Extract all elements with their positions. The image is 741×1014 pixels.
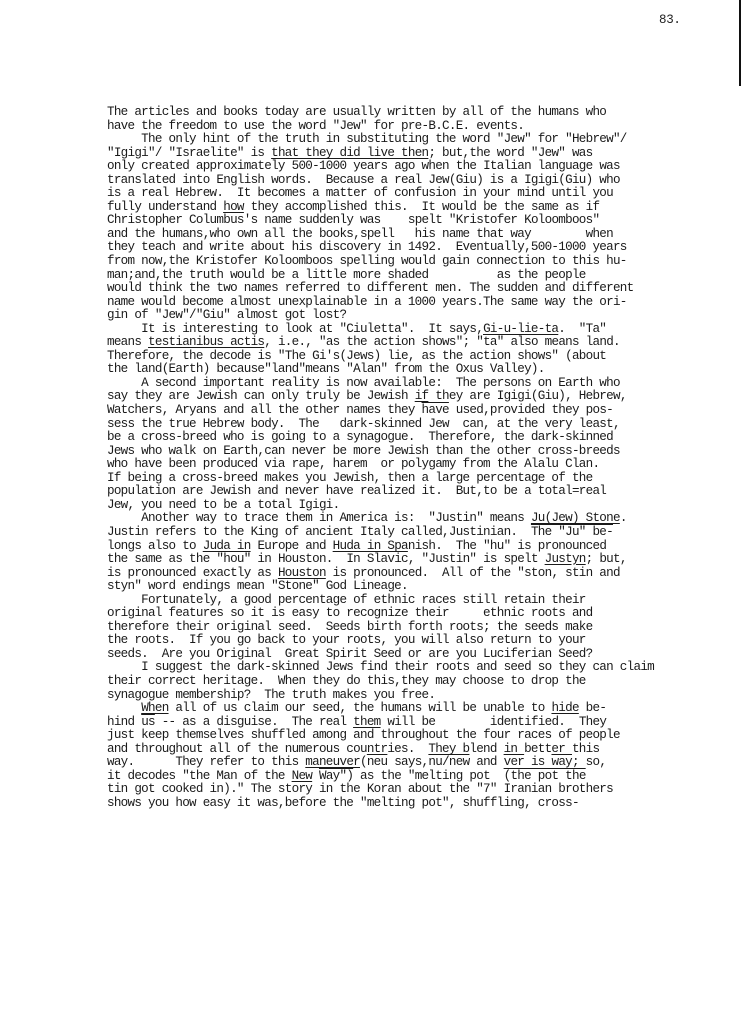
text-segment: just keep themselves shuffled among xyxy=(107,728,353,742)
text-segment: " xyxy=(497,335,511,349)
text-segment: Therefore, the decode is "The Gi's(Jews)… xyxy=(107,349,606,363)
overlined-text: bus xyxy=(223,213,244,227)
text-segment: The only hint of the truth in substituti… xyxy=(107,132,627,146)
overlined-text: Stone xyxy=(278,579,312,593)
text-segment: sess the true Hebrew body. The dark-skin… xyxy=(107,417,620,431)
text-segment: in Europe and xyxy=(230,539,333,553)
text-line: it decodes "the Man of the New Way") as … xyxy=(107,770,687,784)
underlined-text: that they did live then xyxy=(271,146,428,160)
text-segment: If being a cross-breed makes you Jewish,… xyxy=(107,471,592,485)
text-segment: used,provided they pos- xyxy=(449,403,613,417)
text-segment: ago when the Italian language was xyxy=(387,159,619,173)
text-segment: be a cross-breed who is going to a synag… xyxy=(107,430,613,444)
text-line: man;and,the truth would be a little more… xyxy=(107,269,687,283)
text-segment: ; so, xyxy=(572,755,606,769)
text-line: just keep themselves shuffled among and … xyxy=(107,729,687,743)
underlined-text: Gi-u-lie-ta xyxy=(483,322,558,336)
text-line: Therefore, the decode is "The Gi's(Jews)… xyxy=(107,350,687,364)
text-segment: Jew, you need to be a total Igigi. xyxy=(107,498,339,512)
text-line: say they are Jewish can only truly be Je… xyxy=(107,390,687,404)
text-segment: therefore their original seed. Seeds bir… xyxy=(107,620,592,634)
overlined-text: ta xyxy=(483,335,497,349)
text-segment: I suggest the dark-skinned Jews find the… xyxy=(107,660,654,674)
text-segment: say they are Jewish can only truly be Je… xyxy=(107,389,415,403)
text-segment: man;and,the truth would be a little more… xyxy=(107,268,586,282)
overlined-text: The "Ju" be- xyxy=(531,525,613,539)
text-line: the roots. If you go back to your roots,… xyxy=(107,634,687,648)
text-segment: "Igigi"/ "Israelite" is xyxy=(107,146,271,160)
text-segment: means land. xyxy=(538,335,620,349)
text-segment: name would become almost unexplainable i… xyxy=(107,295,627,309)
text-line: the land(Earth) because"land"means "Alan… xyxy=(107,363,687,377)
text-line: way. They refer to this maneuver(neu say… xyxy=(107,756,687,770)
text-segment xyxy=(107,701,141,715)
text-segment: translated into English words. Because a… xyxy=(107,173,620,187)
overlined-text: nu/new xyxy=(428,755,469,769)
text-segment: who have been produced via rape, harem o… xyxy=(107,457,599,471)
text-segment xyxy=(312,769,319,783)
text-line: would think the two names referred to di… xyxy=(107,282,687,296)
text-line: therefore their original seed. Seeds bir… xyxy=(107,621,687,635)
text-segment: have the freedom to use the word "Jew" f… xyxy=(107,119,524,133)
text-segment: the roots. If you go back to your roots,… xyxy=(107,633,586,647)
text-line: their correct heritage. When they do thi… xyxy=(107,675,687,689)
text-segment: Another way to trace them in America is:… xyxy=(107,511,531,525)
text-segment: in Spanish. The "hu" is pronounced xyxy=(360,539,606,553)
page-number: 83. xyxy=(659,13,681,27)
overlined-text: "hou" xyxy=(216,552,250,566)
overlined-text: In Slavic xyxy=(346,552,408,566)
underlined-text: New xyxy=(292,769,313,783)
text-segment: seeds. Are you Original Great Spirit See… xyxy=(107,647,592,661)
underlined-text: them xyxy=(353,715,380,729)
text-segment: tin got cooked in)." The story in the Ko… xyxy=(107,782,613,796)
text-line: population are Jewish and never have rea… xyxy=(107,485,687,499)
text-segment: " God Lineage. xyxy=(312,579,408,593)
body-text: The articles and books today are usually… xyxy=(107,106,687,810)
overlined-text: neu xyxy=(367,755,388,769)
document-page: 83. The articles and books today are usu… xyxy=(0,0,741,1014)
text-segment: they accomplished this. It would be the … xyxy=(244,200,600,214)
text-segment: says, xyxy=(387,755,428,769)
text-line: synagogue membership? The truth makes yo… xyxy=(107,689,687,703)
text-line: and the humans,who own all the books,spe… xyxy=(107,228,687,242)
text-segment: the same as the xyxy=(107,552,216,566)
text-segment: and xyxy=(469,755,503,769)
text-segment: their correct heritage. When they do thi… xyxy=(107,674,586,688)
text-segment: Christopher Colum xyxy=(107,213,223,227)
overlined-text: 500-1000 years xyxy=(292,159,388,173)
text-line: is a real Hebrew. It becomes a matter of… xyxy=(107,187,687,201)
text-segment: and the humans,who own all the books,spe… xyxy=(107,227,613,241)
text-line: Watchers, Aryans and all the other names… xyxy=(107,404,687,418)
text-line: be a cross-breed who is going to a synag… xyxy=(107,431,687,445)
text-segment: throughout the four races of people xyxy=(374,728,620,742)
text-segment: the land(Earth) because"land"means "Alan… xyxy=(107,362,545,376)
underlined-text: how xyxy=(223,200,244,214)
text-line: from now,the Kristofer Koloomboos spelli… xyxy=(107,255,687,269)
text-line: A second important reality is now availa… xyxy=(107,377,687,391)
text-segment: ; but, xyxy=(586,552,627,566)
text-segment: , "Justin" is spelt xyxy=(408,552,545,566)
overlined-text: Way") xyxy=(319,769,353,783)
underlined-text: Houston xyxy=(278,566,326,580)
text-segment: -- as a disguise. The real xyxy=(155,715,353,729)
overlined-text: and xyxy=(353,728,374,742)
text-segment: way. They refer to this xyxy=(107,755,305,769)
overlined-text: (the pot the xyxy=(504,769,586,783)
text-segment: is pronounced. All of the "ston, stin an… xyxy=(326,566,620,580)
text-line: name would become almost unexplainable i… xyxy=(107,296,687,310)
underlined-text: hide xyxy=(551,701,578,715)
underlined-text: Juda xyxy=(203,539,230,553)
text-line: Another way to trace them in America is:… xyxy=(107,512,687,526)
text-line: When all of us claim our seed, the human… xyxy=(107,702,687,716)
text-segment: is a real Hebrew. It becomes a matter of… xyxy=(107,186,613,200)
text-segment: means xyxy=(107,335,148,349)
text-segment: is pronounced exactly as xyxy=(107,566,278,580)
text-segment: Fortunately, a good percentage of ethnic… xyxy=(107,593,586,607)
text-segment: A second important reality is now availa… xyxy=(107,376,620,390)
text-segment: all of us claim our seed, the humans wil… xyxy=(169,701,552,715)
text-segment: longs also to xyxy=(107,539,203,553)
text-line: seeds. Are you Original Great Spirit See… xyxy=(107,648,687,662)
text-segment: only created approximately xyxy=(107,159,292,173)
text-segment: and throughout all of the numerous count… xyxy=(107,742,599,756)
overlined-text: us xyxy=(141,715,155,729)
text-segment: ; but,the word "Jew" was xyxy=(428,146,592,160)
text-line: If being a cross-breed makes you Jewish,… xyxy=(107,472,687,486)
text-line: I suggest the dark-skinned Jews find the… xyxy=(107,661,687,675)
text-segment: is xyxy=(524,755,551,769)
text-line: shows you how easy it was,before the "me… xyxy=(107,797,687,811)
text-line: the same as the "hou" in Houston. In Sla… xyxy=(107,553,687,567)
text-segment: styn" word endings mean " xyxy=(107,579,278,593)
text-segment: . xyxy=(620,511,627,525)
text-segment: would think the two names referred to di… xyxy=(107,281,634,295)
text-segment: Justin refers to the King of ancient Ita… xyxy=(107,525,531,539)
text-segment: Watchers, Aryans and all the other names… xyxy=(107,403,422,417)
overlined-text: also xyxy=(510,335,537,349)
underlined-text: testianibus actis xyxy=(148,335,264,349)
text-segment: original features so it is easy to recog… xyxy=(107,606,592,620)
text-segment: synagogue membership? The truth makes yo… xyxy=(107,688,435,702)
text-line: tin got cooked in)." The story in the Ko… xyxy=(107,783,687,797)
text-line: Justin refers to the King of ancient Ita… xyxy=(107,526,687,540)
text-segment: , i.e., "as the action shows"; " xyxy=(264,335,483,349)
text-line: only created approximately 500-1000 year… xyxy=(107,160,687,174)
underlined-text: Justyn xyxy=(545,552,586,566)
text-line: The articles and books today are usually… xyxy=(107,106,687,120)
text-line: Jews who walk on Earth,can never be more… xyxy=(107,445,687,459)
text-segment: population are Jewish and never have rea… xyxy=(107,484,606,498)
text-segment: 's name suddenly was spelt "Kristofer Ko… xyxy=(244,213,600,227)
underlined-text: Ju(Jew) Stone xyxy=(531,511,620,525)
text-line: Jew, you need to be a total Igigi. xyxy=(107,499,687,513)
underlined-text: Huda xyxy=(333,539,360,553)
text-segment: as the "melting pot xyxy=(353,769,503,783)
text-segment: fully understand xyxy=(107,200,223,214)
text-segment: Jews who walk on Earth,can never be more… xyxy=(107,444,620,458)
text-segment: The articles and books today are usually… xyxy=(107,105,606,119)
text-line: have the freedom to use the word "Jew" f… xyxy=(107,120,687,134)
text-line: translated into English words. Because a… xyxy=(107,174,687,188)
text-line: Fortunately, a good percentage of ethnic… xyxy=(107,594,687,608)
text-line: The only hint of the truth in substituti… xyxy=(107,133,687,147)
text-segment: from now,the Kristofer Koloomboos spelli… xyxy=(107,254,627,268)
text-line: sess the true Hebrew body. The dark-skin… xyxy=(107,418,687,432)
underlined-text: When xyxy=(141,701,168,715)
text-segment: they teach and write about his discovery… xyxy=(107,240,627,254)
text-line: they teach and write about his discovery… xyxy=(107,241,687,255)
text-segment: be- xyxy=(579,701,606,715)
text-segment: in Houston. xyxy=(251,552,347,566)
underlined-text: if xyxy=(415,389,429,403)
text-line: Christopher Columbus's name suddenly was… xyxy=(107,214,687,228)
underlined-text: maneuver xyxy=(305,755,360,769)
text-segment: hind xyxy=(107,715,141,729)
text-line: original features so it is easy to recog… xyxy=(107,607,687,621)
text-segment: it decodes "the Man of the xyxy=(107,769,292,783)
text-segment: ( xyxy=(360,755,367,769)
text-line: means testianibus actis, i.e., "as the a… xyxy=(107,336,687,350)
text-line: gin of "Jew"/"Giu" almost got lost? xyxy=(107,309,687,323)
text-line: longs also to Juda in Europe and Huda in… xyxy=(107,540,687,554)
overlined-text: way xyxy=(551,755,572,769)
text-segment: shows you how easy it was,before the "me… xyxy=(107,796,579,810)
text-segment: It is interesting to look at "Ciuletta".… xyxy=(107,322,483,336)
overlined-text: have xyxy=(422,403,449,417)
text-line: styn" word endings mean "Stone" God Line… xyxy=(107,580,687,594)
overlined-text: ver xyxy=(504,755,525,769)
text-segment: gin of "Jew"/"Giu" almost got lost? xyxy=(107,308,346,322)
text-segment: they are Igigi(Giu), Hebrew, xyxy=(428,389,626,403)
text-line: who have been produced via rape, harem o… xyxy=(107,458,687,472)
text-segment: . "Ta" xyxy=(558,322,606,336)
text-segment: will be identified. They xyxy=(381,715,607,729)
